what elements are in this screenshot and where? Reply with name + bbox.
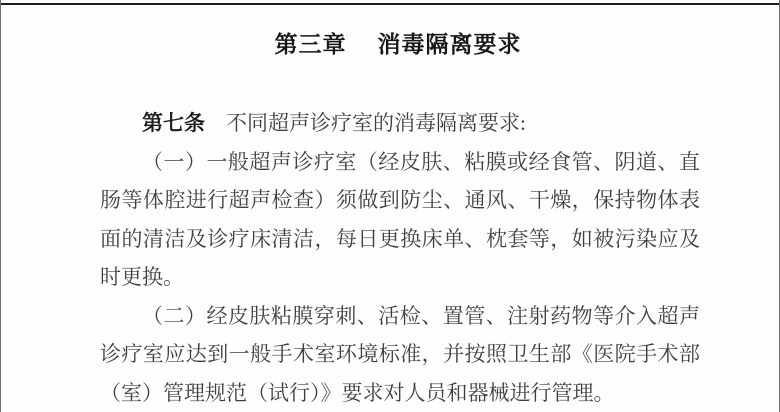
article-item-2: （二）经皮肤粘膜穿刺、活检、置管、注射药物等介入超声诊疗室应达到一般手术室环境标… xyxy=(100,297,700,412)
article-intro-text: 不同超声诊疗室的消毒隔离要求: xyxy=(205,111,526,135)
article-intro-paragraph: 第七条 不同超声诊疗室的消毒隔离要求: xyxy=(100,104,700,143)
document-body: 第七条 不同超声诊疗室的消毒隔离要求: （一）一般超声诊疗室（经皮肤、粘膜或经食… xyxy=(100,104,700,412)
document-page: 第三章消毒隔离要求 第七条 不同超声诊疗室的消毒隔离要求: （一）一般超声诊疗室… xyxy=(0,0,780,412)
chapter-name: 消毒隔离要求 xyxy=(378,32,522,57)
chapter-number: 第三章 xyxy=(275,32,347,57)
chapter-title: 第三章消毒隔离要求 xyxy=(100,31,696,59)
article-number-label: 第七条 xyxy=(142,111,205,135)
left-border-line xyxy=(0,0,1,412)
article-item-1: （一）一般超声诊疗室（经皮肤、粘膜或经食管、阴道、直肠等体腔进行超声检查）须做到… xyxy=(100,143,700,297)
top-border-line xyxy=(0,3,780,5)
